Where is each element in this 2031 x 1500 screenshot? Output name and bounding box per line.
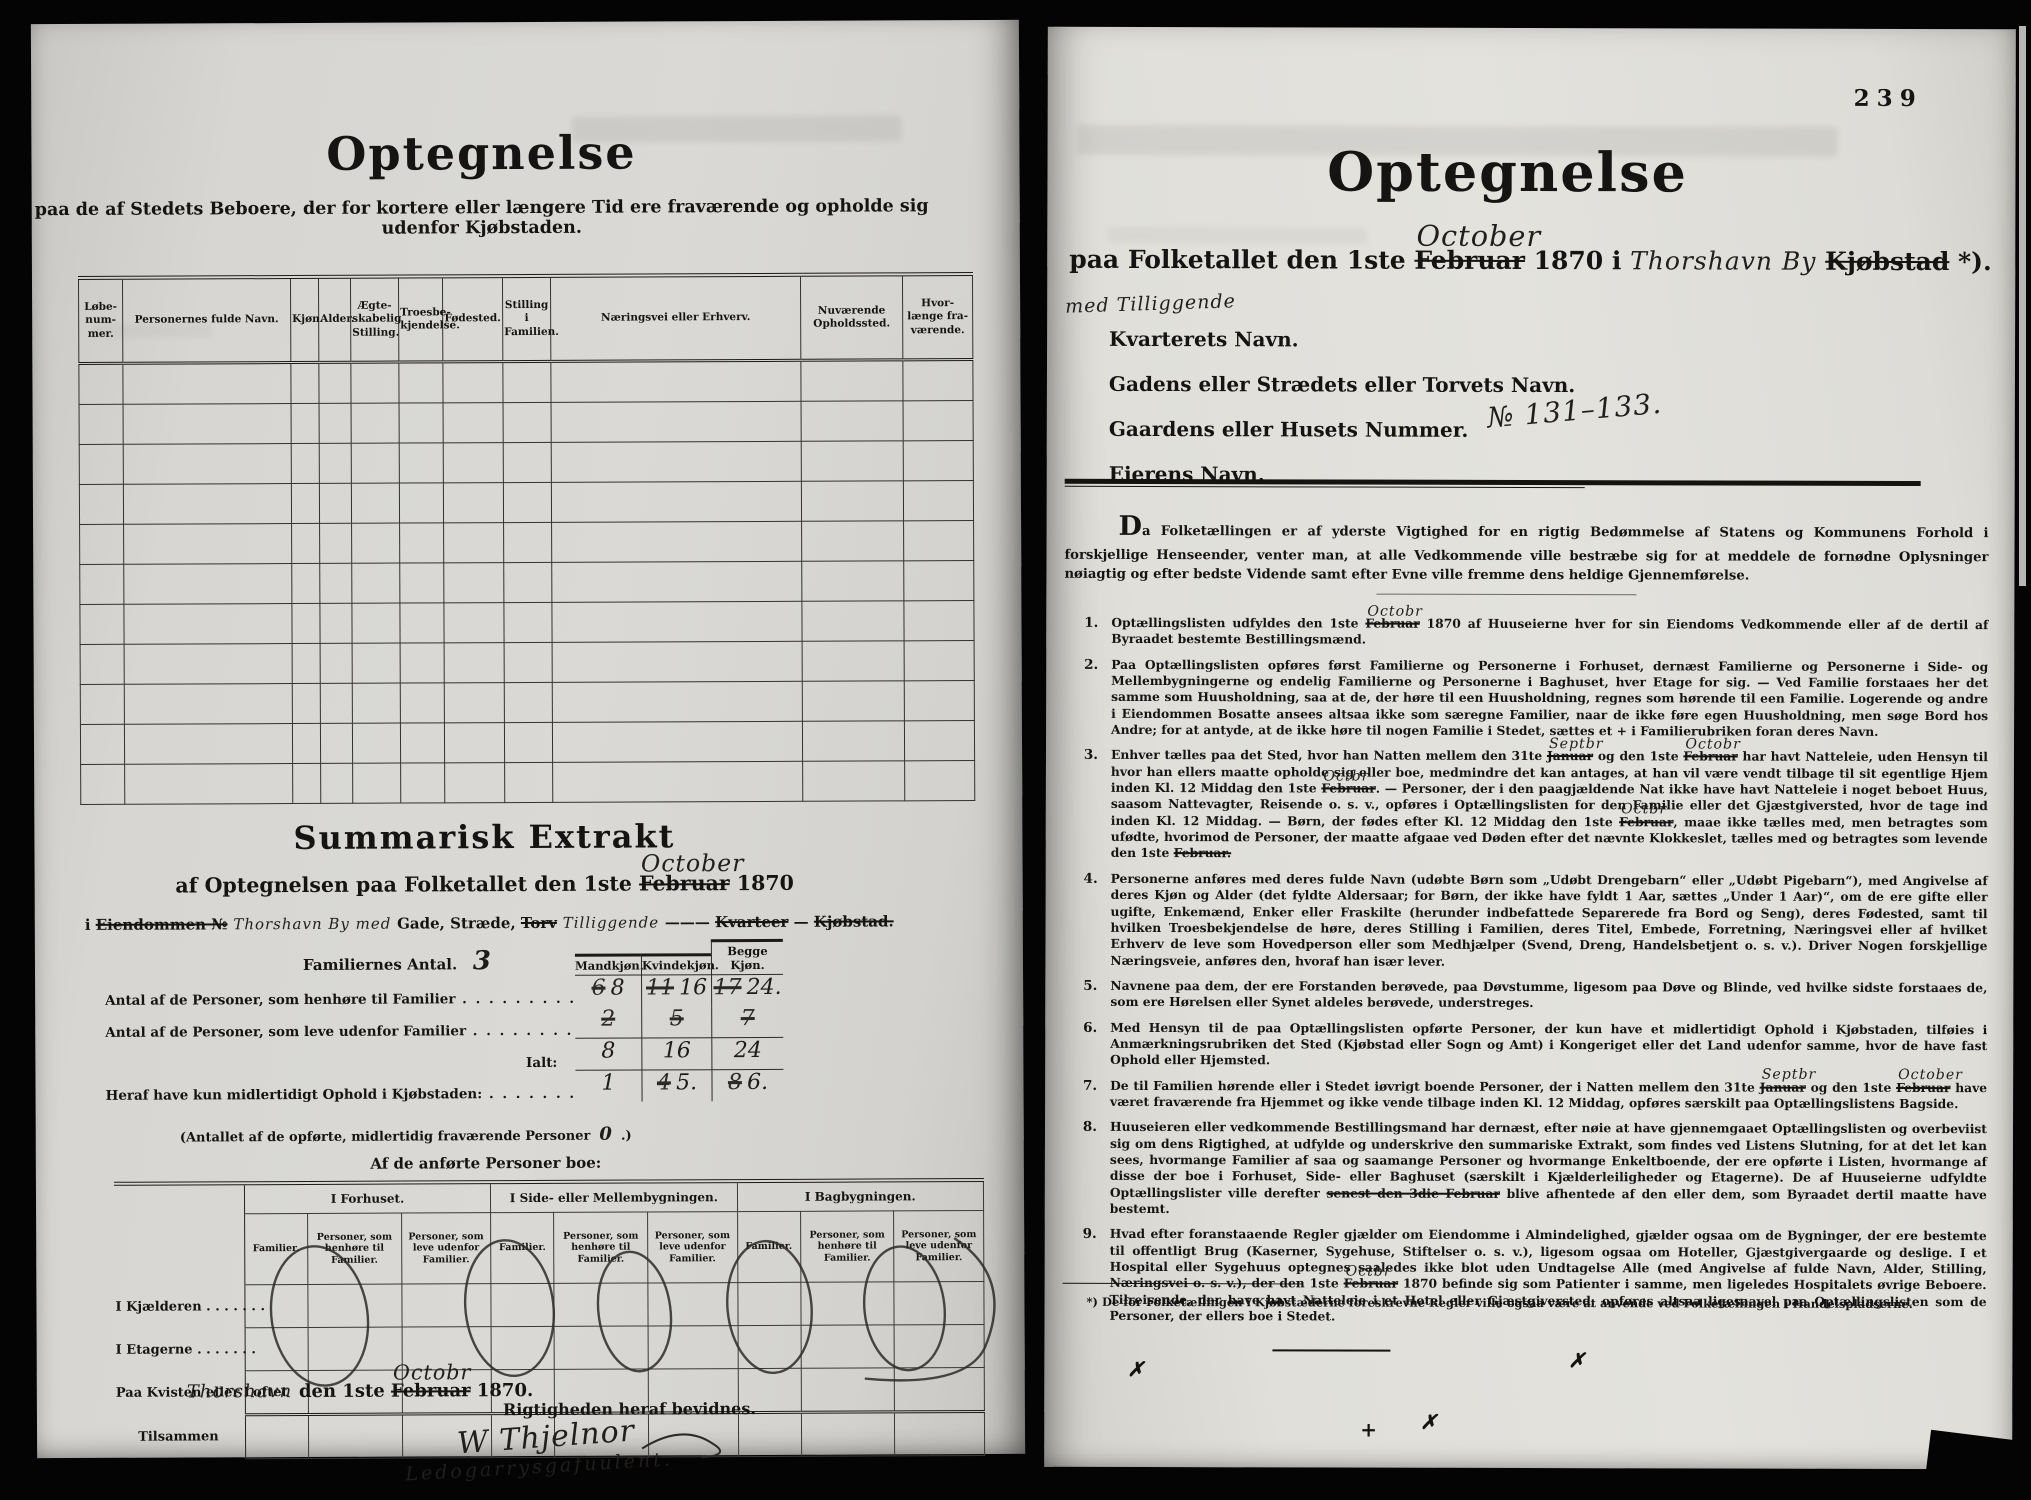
residence-empty-cell: [895, 1412, 985, 1456]
register-empty-row: [79, 401, 973, 445]
struck-text: Januar: [1547, 748, 1593, 763]
printed-text: Gade, Stræde,: [397, 914, 521, 933]
register-empty-cell: [903, 360, 973, 401]
register-column-header: Alder.: [318, 277, 350, 363]
summary-value-cell: 6 8: [575, 976, 641, 1007]
printed-text: den 1ste: [299, 1381, 391, 1402]
struck-text: Februar: [1683, 749, 1737, 764]
struck-text: Torv: [521, 914, 557, 932]
struck-text: Februar: [1321, 781, 1375, 796]
register-empty-cell: [352, 603, 400, 643]
families-value-handwritten: 3: [473, 946, 491, 976]
instruction-item-text: Hvad efter foranstaaende Regler gjælder …: [1109, 1226, 1986, 1326]
register-empty-row: [79, 441, 973, 485]
register-empty-cell: [291, 483, 319, 523]
dateline: Thorshavn den 1ste OctobrFebruar 1870.: [187, 1380, 533, 1403]
register-empty-row: [80, 561, 974, 605]
register-empty-cell: [352, 683, 400, 723]
right-page: 239 Optegnelse paa Folketallet den 1ste …: [1044, 27, 2016, 1470]
end-rule: [1272, 1349, 1390, 1351]
next-page-edge: [2019, 26, 2026, 586]
handwritten-number: 5.: [676, 1070, 697, 1095]
med-tilliggende-handwritten: med Tilliggende: [1065, 290, 1236, 317]
register-empty-cell: [802, 641, 904, 681]
summary-value-cell: 2: [575, 1007, 641, 1039]
summary-row-label: Ialt:: [105, 1055, 575, 1073]
handwritten-number: 8: [611, 976, 625, 1001]
register-empty-cell: [552, 561, 802, 602]
register-empty-cell: [319, 403, 351, 443]
instruction-item: 6.Med Hensyn til de paa Optællingslisten…: [1063, 1019, 1987, 1070]
register-empty-cell: [124, 564, 292, 605]
register-empty-cell: [80, 724, 124, 764]
struck-text: Februar: [639, 871, 730, 895]
register-empty-cell: [123, 444, 291, 485]
struck-handwritten-number: 7: [741, 1006, 755, 1031]
printed-text: [1816, 247, 1825, 276]
register-empty-cell: [802, 681, 904, 721]
register-empty-cell: [319, 362, 351, 403]
summary-row: Heraf have kun midlertidigt Ophold i Kjø…: [105, 1070, 865, 1104]
struck-text: Februar: [1896, 1080, 1950, 1095]
handwritten-text: Thorshavn: [187, 1381, 299, 1402]
register-empty-cell: [351, 362, 399, 403]
instruction-item-number: 5.: [1063, 978, 1097, 1011]
register-empty-cell: [903, 481, 973, 521]
instruction-item-text: Optællingslisten udfyldes den 1ste Octob…: [1111, 615, 1988, 650]
struck-text: Kjøbstad: [1825, 247, 1949, 276]
register-empty-cell: [80, 644, 124, 684]
register-empty-cell: [551, 360, 801, 402]
register-column-header: Løbe-num-mer.: [78, 278, 122, 364]
printed-text: og den 1ste: [1806, 1079, 1896, 1094]
struck-text: Februar: [1414, 246, 1525, 275]
printed-text: Med Hensyn til de paa Optællingslisten o…: [1110, 1019, 1987, 1067]
instruction-item-number: 9.: [1062, 1226, 1096, 1324]
printed-text: Paa Optællingslisten opføres først Famil…: [1111, 657, 1988, 739]
handwritten-number: 24: [734, 1038, 762, 1063]
register-empty-cell: [400, 523, 444, 563]
register-column-header: Hvor-længe fra-værende.: [902, 274, 972, 360]
register-empty-cell: [353, 763, 401, 803]
register-empty-cell: [504, 642, 552, 682]
printed-text: 1870.: [471, 1380, 534, 1401]
register-empty-cell: [503, 402, 551, 442]
instruction-item: 9.Hvad efter foranstaaende Regler gjælde…: [1062, 1226, 1986, 1326]
printed-text: Enhver tælles paa det Sted, hvor han Nat…: [1111, 747, 1547, 763]
instruction-item-text: De til Familien hørende eller i Stedet i…: [1110, 1077, 1987, 1112]
printed-text: 1870 i: [1525, 246, 1630, 275]
handwritten-mark: ✗: [1420, 1410, 1438, 1434]
summary-row: Ialt:81624: [105, 1038, 865, 1073]
intro-paragraph: Da Folketællingen er af yderste Vigtighe…: [1064, 507, 1988, 587]
register-empty-cell: [443, 483, 503, 523]
register-empty-cell: [292, 723, 320, 763]
instruction-item-number: 3.: [1064, 747, 1098, 861]
summary-value-cell: 8: [575, 1039, 641, 1071]
summary-value-cell: 17 24.: [711, 975, 783, 1006]
register-empty-cell: [504, 722, 552, 762]
register-empty-cell: [124, 604, 292, 645]
register-empty-cell: [399, 483, 443, 523]
register-empty-cell: [352, 723, 400, 763]
register-table-header: Løbe-num-mer.Personernes fulde Navn.Kjøn…: [78, 274, 972, 363]
register-empty-cell: [352, 643, 400, 683]
summary-col-header: Begge Kjøn.: [711, 939, 783, 975]
register-empty-cell: [400, 643, 444, 683]
register-empty-cell: [904, 601, 974, 641]
summary-header-row: Familiernes Antal. 3 Mandkjøn. Kvindekjø…: [105, 939, 865, 978]
form-field-label: Gadens eller Strædets eller Torvets Navn…: [1109, 372, 1809, 398]
register-empty-cell: [801, 441, 903, 481]
page-subtitle-line1: paa de af Stedets Beboere, der for korte…: [32, 196, 932, 220]
page-corner-shadow: [1926, 1430, 2021, 1483]
register-empty-cell: [124, 644, 292, 685]
register-empty-cell: [291, 403, 319, 443]
handwritten-mark: +: [1360, 1418, 1378, 1442]
struck-handwritten-number: 6: [591, 976, 605, 1001]
register-empty-cell: [444, 563, 504, 603]
register-empty-cell: [552, 641, 802, 682]
register-column-header: Kjøn.: [290, 277, 318, 363]
instruction-item: 4.Personerne anføres med deres fulde Nav…: [1063, 871, 1987, 971]
printed-text: De til Familien hørende eller i Stedet i…: [1110, 1077, 1760, 1094]
summary-value-cell: 7: [711, 1006, 783, 1038]
register-empty-cell: [444, 683, 504, 723]
register-empty-cell: [399, 443, 443, 483]
extract-location-line: i Eiendommen № Thorshavn By med Gade, St…: [85, 912, 965, 934]
register-empty-cell: [904, 681, 974, 721]
register-empty-cell: [904, 641, 974, 681]
handwritten-text: Thorshavn By: [1630, 246, 1816, 275]
handwritten-mark: ✗: [1127, 1357, 1145, 1381]
register-empty-cell: [904, 521, 974, 561]
register-empty-cell: [320, 683, 352, 723]
register-empty-cell: [291, 443, 319, 483]
summary-row: Antal af de Personer, som henhøre til Fa…: [105, 975, 865, 1009]
register-empty-cell: [802, 561, 904, 601]
register-empty-row: [81, 761, 975, 805]
register-empty-cell: [319, 483, 351, 523]
summary-block: Familiernes Antal. 3 Mandkjøn. Kvindekjø…: [105, 939, 866, 1104]
register-empty-row: [80, 641, 974, 685]
printed-text: i: [85, 916, 96, 934]
register-empty-cell: [320, 563, 352, 603]
instruction-item-text: Med Hensyn til de paa Optællingslisten o…: [1110, 1019, 1987, 1070]
instruction-item: 8.Huuseieren eller vedkommende Bestillin…: [1063, 1119, 1987, 1219]
register-empty-cell: [320, 643, 352, 683]
register-empty-cell: [504, 682, 552, 722]
printed-text: *).: [1949, 247, 1991, 276]
register-empty-cell: [551, 441, 801, 482]
footnote: *) De for Folketællingen i Kjøbstæderne …: [1087, 1295, 1967, 1311]
summary-value-cell: 1: [575, 1071, 641, 1102]
extract-subtitle: af Optegnelsen paa Folketallet den 1ste …: [35, 870, 935, 898]
instruction-item-text: Huuseieren eller vedkommende Bestillings…: [1110, 1119, 1987, 1219]
residence-empty-cell: [801, 1412, 895, 1456]
form-field-label: Gaardens eller Husets Nummer.: [1109, 417, 1809, 443]
register-empty-cell: [123, 404, 291, 445]
handwritten-mark: ✗: [1568, 1348, 1586, 1372]
instruction-item-text: Enhver tælles paa det Sted, hvor han Nat…: [1111, 747, 1988, 864]
register-empty-cell: [802, 601, 904, 641]
printed-text: Personerne anføres med deres fulde Navn …: [1110, 871, 1987, 969]
printed-text: Optællingslisten udfyldes den 1ste: [1111, 615, 1365, 631]
register-column-header: Troesbe-kjendelse.: [398, 276, 442, 362]
register-empty-cell: [292, 523, 320, 563]
struck-handwritten-number: 11: [646, 975, 674, 1000]
register-empty-cell: [444, 603, 504, 643]
register-empty-cell: [504, 602, 552, 642]
instruction-item-number: 6.: [1063, 1019, 1097, 1068]
handwritten-number: 16: [679, 975, 707, 1000]
register-empty-cell: [400, 603, 444, 643]
register-empty-cell: [79, 404, 123, 444]
residence-empty-cell: [245, 1414, 308, 1458]
register-empty-cell: [503, 442, 551, 482]
instruction-item-number: 2.: [1064, 656, 1098, 738]
struck-handwritten-number: 8: [728, 1070, 742, 1095]
extract-title: Summarisk Extrakt: [34, 816, 934, 858]
instruction-item-number: 8.: [1063, 1119, 1097, 1217]
boe-heading: Af de anførte Personer boe:: [36, 1152, 936, 1174]
register-empty-cell: [81, 764, 125, 804]
printed-text: Navnene paa dem, der ere Forstanden berø…: [1110, 978, 1987, 1010]
register-empty-cell: [291, 362, 319, 403]
register-empty-cell: [352, 563, 400, 603]
register-empty-cell: [552, 521, 802, 562]
handwritten-number: 24.: [747, 975, 782, 1000]
register-empty-cell: [292, 603, 320, 643]
register-empty-cell: [802, 721, 904, 761]
register-empty-cell: [292, 683, 320, 723]
struck-text: Kjøbstad.: [814, 912, 894, 930]
summary-value-cell: 24: [711, 1038, 783, 1070]
register-empty-cell: [552, 721, 802, 762]
printed-text: paa Folketallet den 1ste: [1069, 245, 1414, 275]
summary-row-label: Antal af de Personer, som henhøre til Fa…: [105, 991, 575, 1009]
register-empty-cell: [79, 363, 123, 404]
struck-text: Februar: [1619, 814, 1673, 829]
register-empty-cell: [551, 401, 801, 442]
register-column-header: Nuværende Opholdssted.: [800, 274, 902, 360]
register-empty-cell: [503, 361, 551, 402]
printed-text: —: [788, 913, 814, 931]
register-empty-cell: [123, 484, 291, 525]
instruction-item-text: Personerne anføres med deres fulde Navn …: [1110, 871, 1987, 971]
printed-text: og den 1ste: [1593, 749, 1683, 764]
handwritten-loops: [114, 1178, 1005, 1412]
register-empty-cell: [443, 443, 503, 483]
register-empty-cell: [399, 362, 443, 403]
page-number: 239: [1854, 85, 1923, 112]
page-title: Optegnelse: [1047, 139, 1967, 205]
register-empty-cell: [319, 443, 351, 483]
register-empty-cell: [443, 362, 503, 403]
register-empty-cell: [400, 723, 444, 763]
summary-col-header: Kvindekjøn.: [641, 953, 711, 975]
handwritten-number: 8: [601, 1039, 615, 1064]
register-empty-cell: [80, 524, 124, 564]
absent-note: (Antallet af de opførte, midlertidig fra…: [126, 1123, 686, 1146]
register-column-header: Personernes fulde Navn.: [122, 277, 290, 363]
handwritten-text: Tilliggende: [557, 913, 665, 931]
instruction-item-number: 4.: [1063, 871, 1097, 969]
instruction-item-number: 7.: [1063, 1077, 1097, 1110]
handwritten-number: 6.: [747, 1070, 768, 1095]
families-label: Familiernes Antal.: [303, 955, 457, 974]
register-empty-cell: [903, 401, 973, 441]
register-empty-cell: [904, 561, 974, 601]
summary-col-header: Mandkjøn.: [575, 954, 641, 976]
printed-text: ———: [665, 913, 715, 931]
absent-count-handwritten: 0: [599, 1124, 612, 1145]
struck-handwritten-number: 2: [601, 1007, 615, 1032]
printed-text: 1870: [730, 871, 794, 895]
scanned-book-spread: Optegnelse paa de af Stedets Beboere, de…: [0, 0, 2031, 1500]
register-empty-cell: [124, 524, 292, 565]
struck-text: Februar: [391, 1380, 471, 1401]
summary-value-cell: 5: [641, 1006, 711, 1038]
register-empty-cell: [552, 601, 802, 642]
register-empty-cell: [292, 563, 320, 603]
register-empty-cell: [124, 684, 292, 725]
struck-text: Eiendommen №: [96, 915, 228, 934]
page-title: Optegnelse: [31, 124, 931, 182]
register-column-header: Stilling i Familien.: [502, 276, 550, 362]
struck-text: Februar: [1365, 616, 1419, 631]
summary-row: Antal af de Personer, som leve udenfor F…: [105, 1006, 865, 1041]
instruction-item-text: Navnene paa dem, der ere Forstanden berø…: [1110, 978, 1987, 1013]
summary-row-label: Heraf have kun midlertidigt Ophold i Kjø…: [106, 1086, 576, 1104]
instruction-item: 7.De til Familien hørende eller i Stedet…: [1063, 1077, 1987, 1112]
register-empty-cell: [320, 523, 352, 563]
printed-text: af Optegnelsen paa Folketallet den 1ste: [175, 872, 639, 898]
register-empty-cell: [551, 481, 801, 522]
register-column-header: Næringsvei eller Erhverv.: [550, 275, 800, 362]
register-empty-cell: [905, 761, 975, 801]
form-field-label: Kvarterets Navn.: [1109, 327, 1809, 353]
register-empty-cell: [801, 401, 903, 441]
residence-row-label: Tilsammen: [115, 1415, 246, 1460]
register-empty-cell: [400, 563, 444, 603]
register-empty-cell: [351, 403, 399, 443]
struck-text: Februar.: [1174, 846, 1232, 861]
register-empty-cell: [443, 403, 503, 443]
struck-handwritten-number: 5: [670, 1006, 684, 1031]
register-table: Løbe-num-mer.Personernes fulde Navn.Kjøn…: [78, 272, 975, 805]
register-empty-cell: [904, 721, 974, 761]
register-empty-cell: [320, 603, 352, 643]
register-empty-cell: [399, 403, 443, 443]
register-empty-cell: [445, 763, 505, 803]
register-empty-cell: [123, 363, 291, 405]
register-empty-cell: [79, 484, 123, 524]
register-empty-row: [80, 721, 974, 765]
summary-value-cell: 16: [641, 1038, 711, 1070]
register-empty-cell: [124, 724, 292, 765]
register-empty-cell: [801, 360, 903, 401]
register-empty-row: [80, 681, 974, 725]
register-empty-row: [79, 360, 973, 405]
register-empty-cell: [321, 763, 353, 803]
register-empty-cell: [79, 444, 123, 484]
struck-handwritten-number: 4: [657, 1070, 671, 1095]
register-empty-row: [80, 521, 974, 565]
struck-text: senest den 3die Februar: [1326, 1185, 1499, 1200]
instruction-item: 1.Optællingslisten udfyldes den 1ste Oct…: [1064, 615, 1988, 650]
handwritten-text: Thorshavn By med: [227, 915, 397, 934]
scan-smudge: [1107, 227, 1367, 244]
handwritten-number: 1: [601, 1071, 615, 1096]
instruction-item: 3.Enhver tælles paa det Sted, hvor han N…: [1064, 747, 1988, 864]
register-empty-cell: [125, 764, 293, 805]
register-empty-cell: [293, 763, 321, 803]
register-column-header: Fødested.: [442, 276, 502, 362]
register-empty-cell: [401, 763, 445, 803]
register-empty-cell: [504, 522, 552, 562]
register-empty-cell: [552, 681, 802, 722]
register-empty-cell: [80, 684, 124, 724]
register-empty-cell: [444, 723, 504, 763]
struck-text: Januar: [1760, 1079, 1806, 1094]
register-empty-cell: [352, 523, 400, 563]
register-empty-cell: [802, 521, 904, 561]
register-empty-cell: [351, 483, 399, 523]
register-empty-cell: [444, 523, 504, 563]
summary-row-label: Antal af de Personer, som leve udenfor F…: [105, 1023, 575, 1041]
summary-value-cell: 8 6.: [711, 1070, 783, 1101]
residence-empty-cell: [308, 1414, 402, 1458]
summary-value-cell: 11 16: [641, 975, 711, 1006]
register-column-header: Ægte-skabelig Stilling.: [350, 277, 398, 363]
left-page: Optegnelse paa de af Stedets Beboere, de…: [31, 20, 1025, 1458]
register-empty-row: [80, 601, 974, 645]
register-empty-cell: [444, 643, 504, 683]
register-empty-cell: [504, 562, 552, 602]
handwritten-number: 16: [663, 1038, 691, 1063]
register-empty-cell: [505, 762, 553, 802]
register-empty-cell: [803, 761, 905, 801]
register-empty-cell: [903, 441, 973, 481]
instruction-item-text: Paa Optællingslisten opføres først Famil…: [1111, 657, 1988, 741]
register-empty-cell: [80, 604, 124, 644]
intro-divider: [1376, 594, 1636, 596]
instruction-item-number: 1.: [1064, 615, 1098, 648]
register-empty-cell: [80, 564, 124, 604]
register-empty-cell: [351, 443, 399, 483]
register-empty-cell: [400, 683, 444, 723]
instruction-items: 1.Optællingslisten udfyldes den 1ste Oct…: [1062, 615, 1988, 1336]
register-empty-cell: [503, 482, 551, 522]
register-empty-cell: [801, 481, 903, 521]
summary-value-cell: 4 5.: [641, 1070, 711, 1101]
instruction-item: 2.Paa Optællingslisten opføres først Fam…: [1064, 656, 1988, 740]
register-empty-cell: [553, 761, 803, 802]
register-empty-cell: [292, 643, 320, 683]
form-header-line: paa Folketallet den 1ste OctoberFebruar …: [1069, 245, 1999, 276]
instruction-item: 5.Navnene paa dem, der ere Forstanden be…: [1063, 978, 1987, 1013]
register-empty-row: [79, 481, 973, 525]
struck-text: Kvarteer: [715, 913, 788, 931]
page-subtitle-line2: udenfor Kjøbstaden.: [32, 216, 932, 240]
families-count-line: Familiernes Antal. 3: [105, 946, 575, 978]
struck-handwritten-number: 17: [713, 975, 741, 1000]
struck-text: Februar: [1344, 1276, 1398, 1291]
register-empty-cell: [320, 723, 352, 763]
